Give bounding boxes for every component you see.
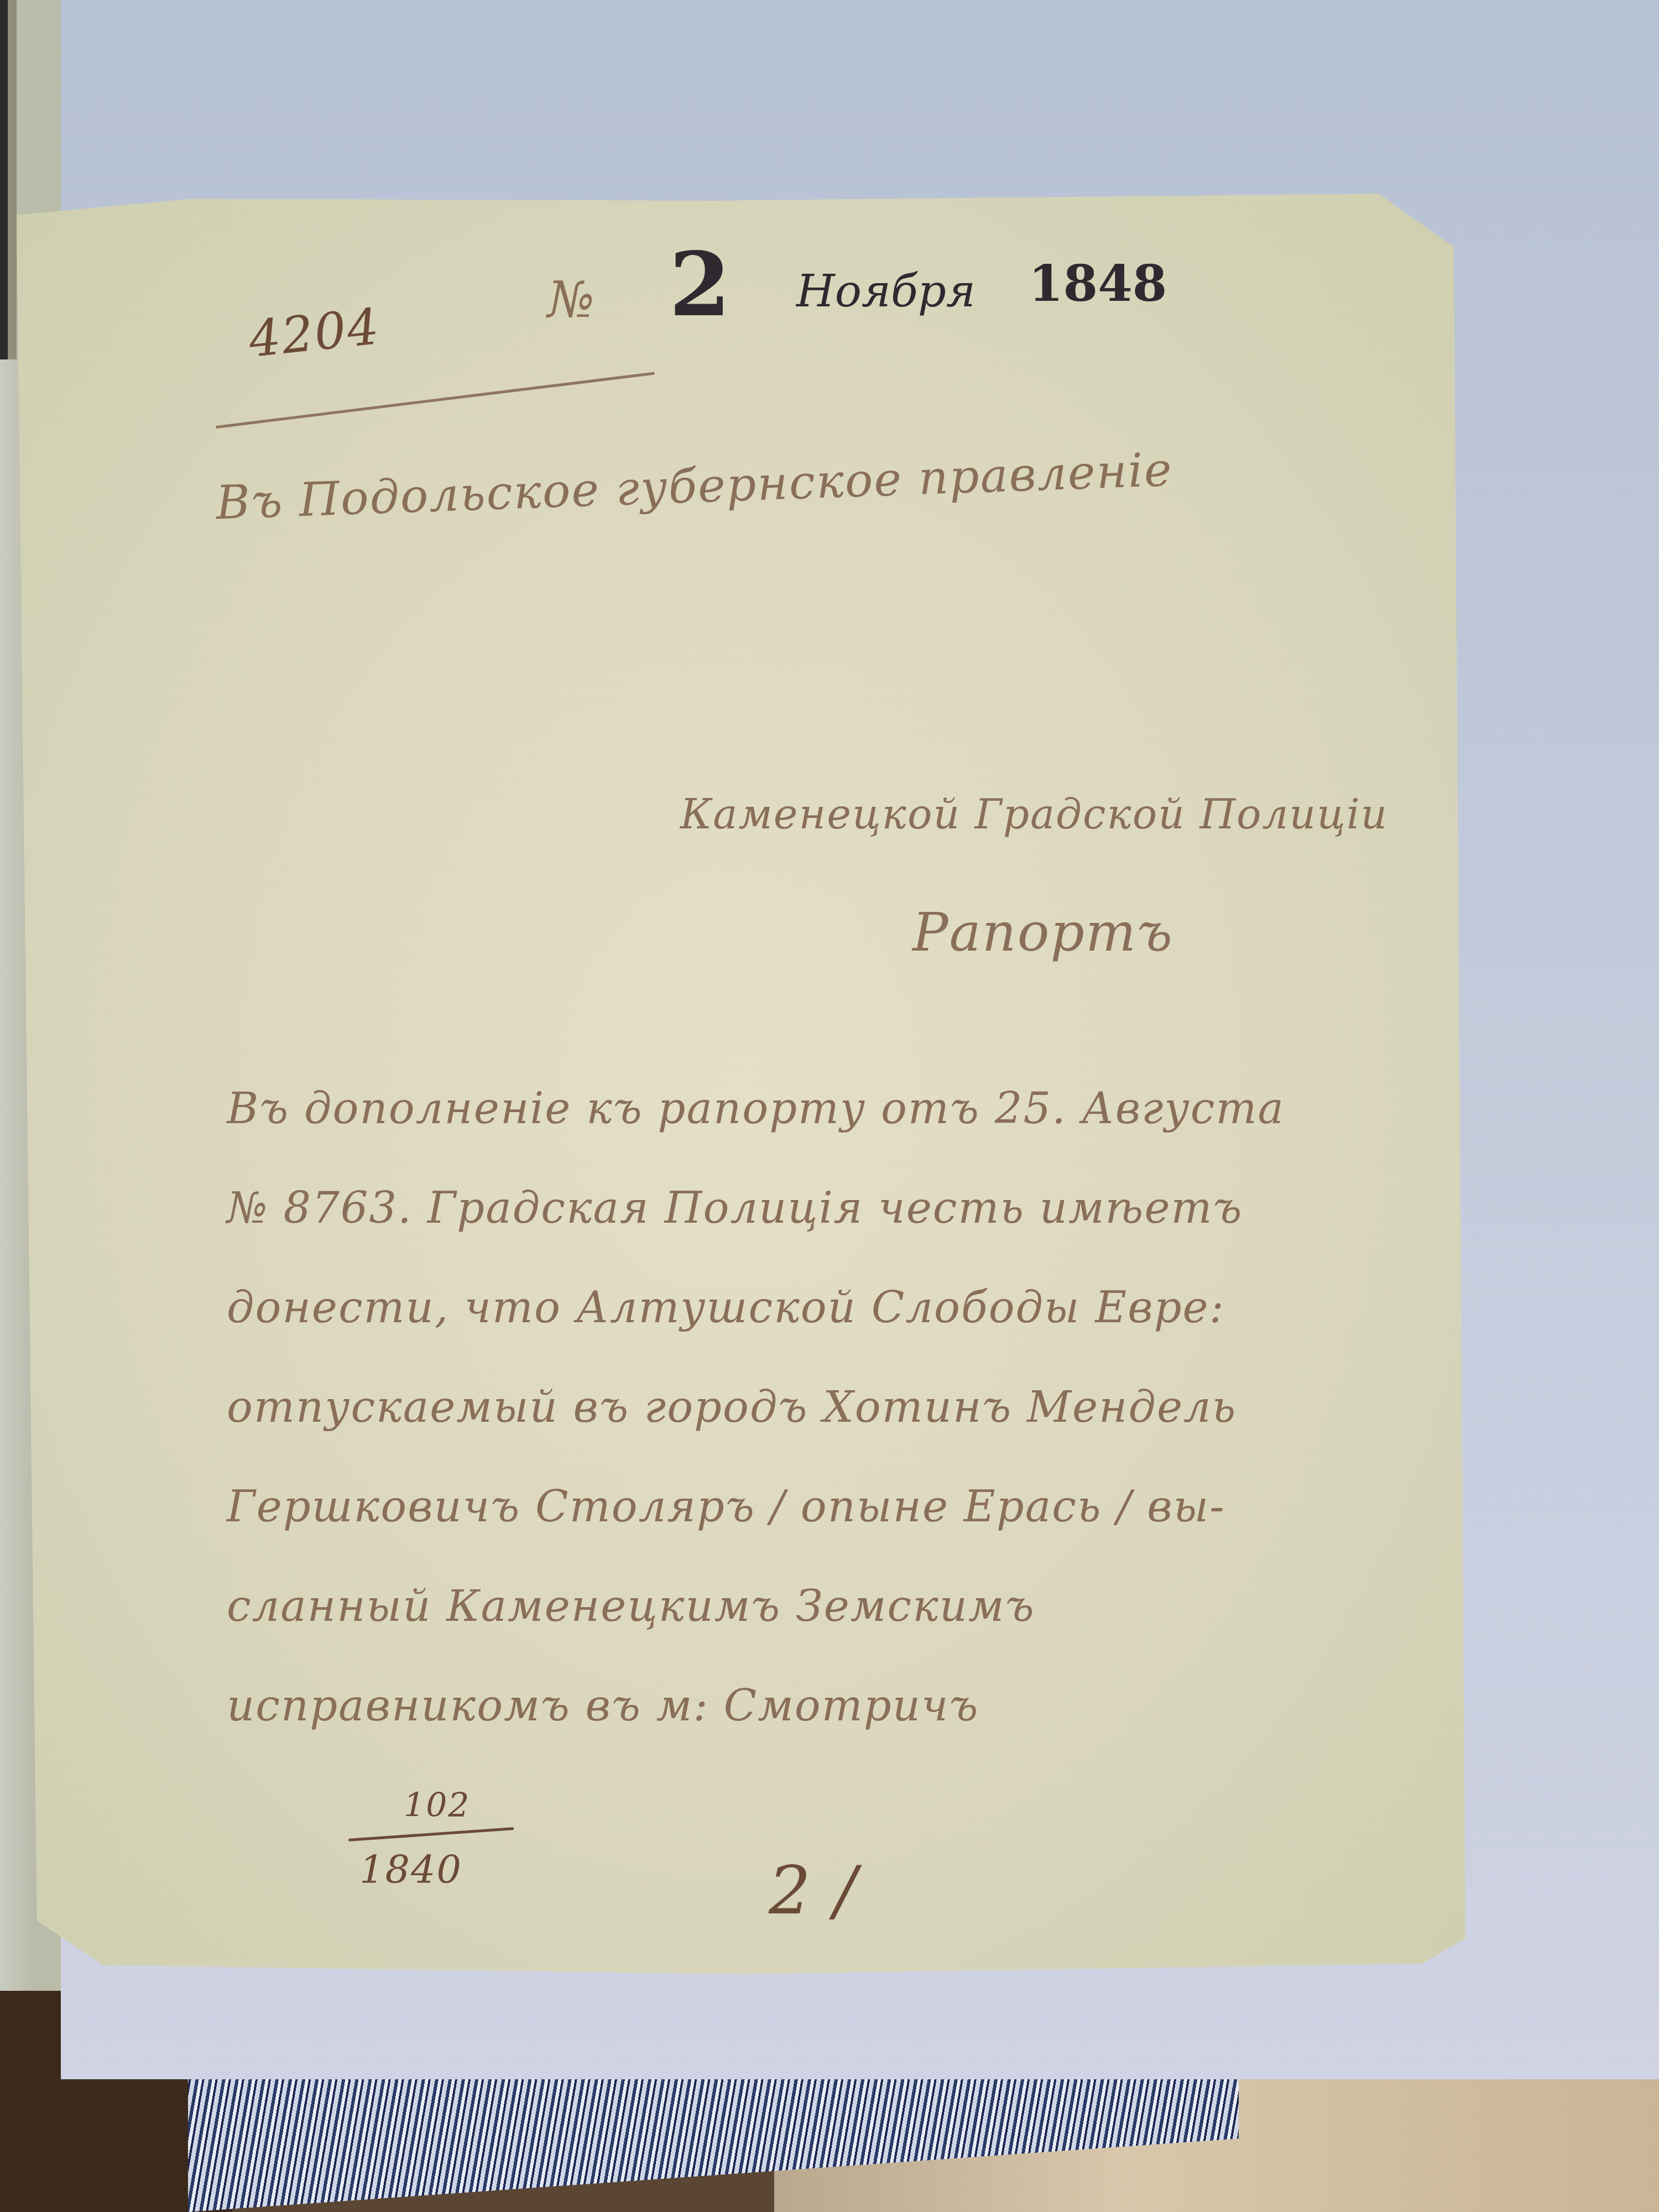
archive-number: 4204 xyxy=(246,298,383,369)
stamp-month: Ноября xyxy=(796,265,975,317)
number-sign: № xyxy=(547,271,596,329)
fraction-bottom: 1840 xyxy=(359,1847,462,1892)
document-page: 4204 № 2 Ноября 1848 Въ Подольское губер… xyxy=(17,194,1465,1974)
header-underline xyxy=(216,372,655,429)
body-line: Гершковичъ Столяръ / опыне Ерась / вы- xyxy=(227,1482,1225,1532)
body-line: донести, что Алтушской Слободы Евре: xyxy=(227,1283,1225,1333)
document-title: Рапортъ xyxy=(912,901,1173,963)
page-mark: 2 / xyxy=(769,1853,858,1929)
body-line: сланный Каменецкимъ Земскимъ xyxy=(227,1582,1035,1631)
fraction-line xyxy=(348,1827,514,1841)
fraction-top: 102 xyxy=(404,1786,471,1825)
body-line: исправникомъ въ м: Смотричъ xyxy=(227,1681,979,1731)
body-line: № 8763. Градская Полиція честь имѣетъ xyxy=(227,1183,1243,1233)
addressee: Въ Подольское губернское правленіе xyxy=(215,442,1173,530)
sender: Каменецкой Градской Полиціи xyxy=(680,791,1388,838)
body-line: Въ дополненіе къ рапорту отъ 25. Августа xyxy=(227,1084,1285,1134)
stamp-year: 1848 xyxy=(1029,254,1167,313)
body-line: отпускаемый въ городъ Хотинъ Мендель xyxy=(227,1383,1237,1432)
stamp-day: 2 xyxy=(669,232,731,336)
